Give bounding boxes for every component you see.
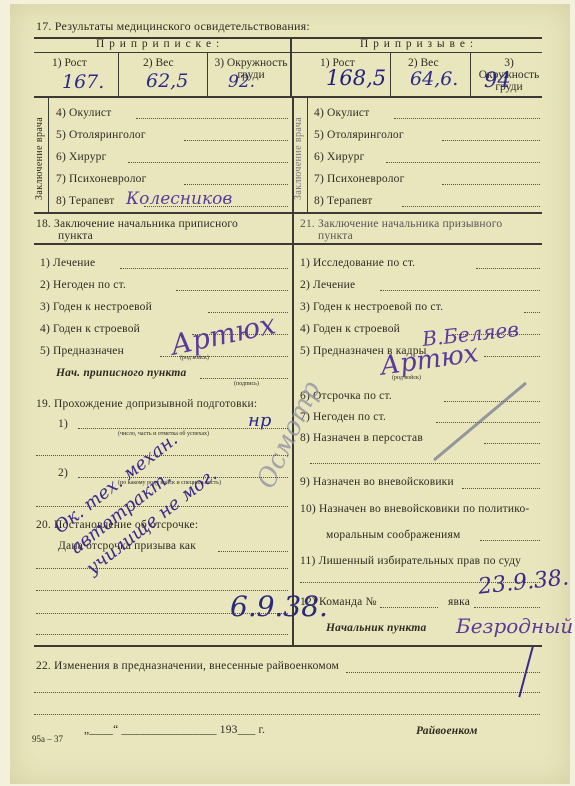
sec21-item-label: 2) Лечение xyxy=(300,279,355,291)
form-code: 95а – 37 xyxy=(32,734,63,744)
section-19-title: 19. Прохождение допризывной подготовки: xyxy=(36,398,257,410)
footer-date-line: „____“ ________________ 193___ г. xyxy=(84,724,265,736)
sec18-item-label: 4) Годен к строевой xyxy=(40,323,140,335)
dotted-line xyxy=(200,378,288,379)
signer-label: Райвоенком xyxy=(416,725,478,737)
reg-weight-label: 2) Вес xyxy=(143,57,174,69)
item-10-2: моральным соображениям xyxy=(326,529,460,541)
con-height-value: 168,5 xyxy=(326,66,386,90)
rule xyxy=(294,243,542,245)
divider xyxy=(290,38,292,96)
dotted-line xyxy=(184,184,288,185)
dotted-line xyxy=(34,692,540,693)
dotted-line xyxy=(120,268,288,269)
item-19-2: 2) xyxy=(58,467,68,479)
doctor-left-label: 8) Терапевт xyxy=(56,195,114,207)
dotted-line xyxy=(402,206,540,207)
con-weight-value: 64,6. xyxy=(410,68,458,90)
section-18-title-2: пункта xyxy=(58,230,93,242)
dotted-line xyxy=(484,443,540,444)
dotted-line xyxy=(436,422,540,423)
dotted-line xyxy=(484,356,540,357)
doctor-right-label: 4) Окулист xyxy=(314,107,369,119)
divider xyxy=(118,53,119,96)
dotted-line xyxy=(442,184,540,185)
item-9: 9) Назначен во вневойсковики xyxy=(300,476,454,488)
appearance-label: явка xyxy=(448,596,470,608)
dotted-line xyxy=(128,162,288,163)
dotted-line xyxy=(176,290,288,291)
rule xyxy=(34,645,542,647)
dotted-line xyxy=(36,568,288,569)
rule xyxy=(34,243,292,245)
chief-label: Нач. приписного пункта xyxy=(56,367,186,379)
rule xyxy=(34,52,542,53)
doctor-left-label: 4) Окулист xyxy=(56,107,111,119)
reg-weight-value: 62,5 xyxy=(146,70,188,92)
doctor-left-label: 6) Хирург xyxy=(56,151,107,163)
section-17-title: 17. Результаты медицинского освидетельст… xyxy=(36,19,310,34)
doctor-conclusion-label-left: Заключение врача xyxy=(34,117,45,200)
divider xyxy=(470,53,471,96)
divider xyxy=(390,53,391,96)
doctor-right-label: 7) Психоневролог xyxy=(314,173,405,185)
divider xyxy=(307,97,308,212)
dotted-line xyxy=(444,401,540,402)
header-at-conscription: П р и п р и з ы в е : xyxy=(360,38,474,50)
dotted-line xyxy=(184,140,288,141)
dotted-line xyxy=(394,118,540,119)
sec21-item-label: 1) Исследование по ст. xyxy=(300,257,415,269)
dotted-line xyxy=(524,312,540,313)
sec21-item2-label: 8) Назначен в персостав xyxy=(300,432,423,444)
section-21-title-2: пункта xyxy=(318,230,353,242)
sec18-item-label: 3) Годен к нестроевой xyxy=(40,301,152,313)
dotted-line xyxy=(380,607,438,608)
section-21-title: 21. Заключение начальника призывного xyxy=(300,218,502,230)
dotted-line xyxy=(474,607,540,608)
doctor-left-value: Колесников xyxy=(126,189,232,209)
rule xyxy=(34,212,542,214)
sec18-item-label: 1) Лечение xyxy=(40,257,95,269)
chief-label-21: Начальник пункта xyxy=(326,622,426,634)
con-chest-value: 94 xyxy=(484,68,511,92)
item-19-1: 1) xyxy=(58,418,68,430)
item-19-1-value: нр xyxy=(248,410,271,431)
item-10: 10) Назначен во вневойсковики по политик… xyxy=(300,503,529,515)
reg-height-value: 167. xyxy=(62,71,104,93)
sec18-item-label: 2) Негоден по ст. xyxy=(40,279,126,291)
reg-height-label: 1) Рост xyxy=(52,57,87,69)
reg-chest-value: 92. xyxy=(228,72,255,92)
dotted-line xyxy=(346,672,540,673)
dotted-line xyxy=(380,290,540,291)
divider xyxy=(48,97,49,212)
dotted-line xyxy=(462,488,540,489)
deferral-date: 6.9.38. xyxy=(230,590,328,623)
divider xyxy=(207,53,208,96)
chief-signature: Безродный xyxy=(456,614,573,638)
sec18-item-label: 5) Предназначен xyxy=(40,345,124,357)
dotted-line xyxy=(310,463,540,464)
doctor-conclusion-label-right: Заключение врача xyxy=(293,117,304,200)
header-at-registration: П р и п р и п и с к е : xyxy=(96,38,220,50)
sec21-item-label: 3) Годен к нестроевой по ст. xyxy=(300,301,443,313)
doctor-right-label: 6) Хирург xyxy=(314,151,365,163)
doctor-left-label: 5) Отоляринголог xyxy=(56,129,146,141)
rule xyxy=(34,96,542,98)
section-22-title: 22. Изменения в предназначении, внесенны… xyxy=(36,660,339,672)
dotted-line xyxy=(218,551,288,552)
doctor-right-label: 5) Отоляринголог xyxy=(314,129,404,141)
dotted-line xyxy=(442,140,540,141)
dotted-line xyxy=(476,268,540,269)
dotted-line xyxy=(386,162,540,163)
sec21-item-label: 4) Годен к строевой xyxy=(300,323,400,335)
item-11: 11) Лишенный избирательных прав по суду xyxy=(300,555,521,567)
dotted-line xyxy=(36,634,288,635)
doctor-left-label: 7) Психоневролог xyxy=(56,173,147,185)
doctor-right-label: 8) Терапевт xyxy=(314,195,372,207)
dotted-line xyxy=(34,714,540,715)
signature-caption: (подпись) xyxy=(234,381,259,387)
dotted-line xyxy=(480,540,540,541)
dotted-line xyxy=(136,118,288,119)
section-18-title: 18. Заключение начальника приписного xyxy=(36,218,238,230)
